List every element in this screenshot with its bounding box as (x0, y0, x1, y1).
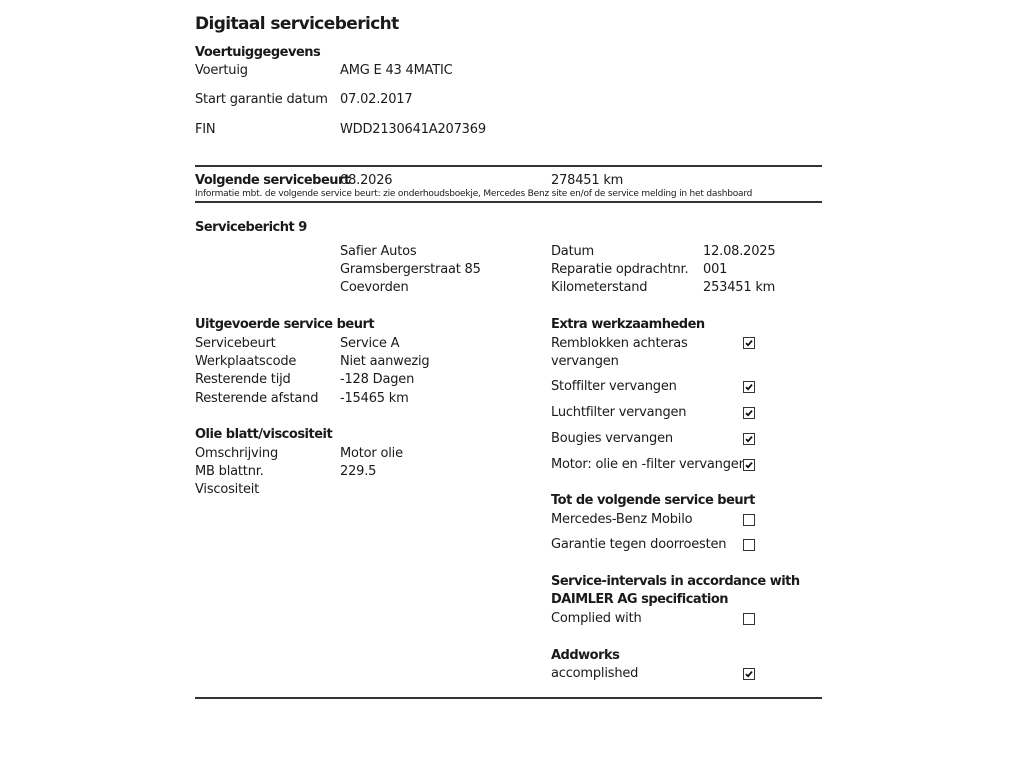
workshop-code-label: Werkplaatscode (195, 354, 296, 370)
extra-item-label-cont: vervangen (551, 354, 619, 370)
checkmark-icon (745, 339, 753, 347)
service-type-value: Service A (340, 336, 399, 352)
vehicle-heading: Voertuiggegevens (195, 45, 320, 61)
extra-heading: Extra werkzaamheden (551, 317, 705, 333)
checkbox-accomplished[interactable] (743, 668, 755, 680)
oil-heading: Olie blatt/viscositeit (195, 427, 332, 443)
checkbox-spark-plugs[interactable] (743, 433, 755, 445)
checkbox-mobilo[interactable] (743, 514, 755, 526)
extra-item-label: Motor: olie en -filter vervangen (551, 457, 747, 473)
extra-item-label: Stoffilter vervangen (551, 379, 677, 395)
oil-sheet-value: 229.5 (340, 464, 376, 480)
dealer-name: Safier Autos (340, 244, 416, 260)
service-type-label: Servicebeurt (195, 336, 276, 352)
date-value: 12.08.2025 (703, 244, 775, 260)
extra-item-label: Bougies vervangen (551, 431, 673, 447)
divider-top (195, 165, 822, 167)
checkmark-icon (745, 461, 753, 469)
remaining-time-label: Resterende tijd (195, 372, 291, 388)
vehicle-value: AMG E 43 4MATIC (340, 63, 453, 79)
mileage-value: 253451 km (703, 280, 775, 296)
checkmark-icon (745, 409, 753, 417)
extra-item-label: Remblokken achteras (551, 336, 688, 352)
report-heading: Servicebericht 9 (195, 220, 307, 236)
next-service-km: 278451 km (551, 173, 623, 189)
addworks-heading: Addworks (551, 648, 619, 664)
warranty-start-value: 07.02.2017 (340, 92, 412, 108)
divider-bottom (195, 697, 822, 699)
next-service-date: 08.2026 (340, 173, 392, 189)
order-number-value: 001 (703, 262, 727, 278)
until-next-heading: Tot de volgende service beurt (551, 493, 755, 509)
performed-heading: Uitgevoerde service beurt (195, 317, 374, 333)
checkbox-engine-oil-filter[interactable] (743, 459, 755, 471)
next-service-info: Informatie mbt. de volgende service beur… (195, 189, 752, 200)
intervals-heading-cont: DAIMLER AG specification (551, 592, 728, 608)
checkbox-rear-brake-pads[interactable] (743, 337, 755, 349)
divider-mid (195, 201, 822, 203)
checkmark-icon (745, 670, 753, 678)
dealer-street: Gramsbergerstraat 85 (340, 262, 481, 278)
workshop-code-value: Niet aanwezig (340, 354, 429, 370)
checkbox-complied-with[interactable] (743, 613, 755, 625)
checkmark-icon (745, 383, 753, 391)
order-number-label: Reparatie opdrachtnr. (551, 262, 688, 278)
vehicle-label: Voertuig (195, 63, 248, 79)
oil-description-value: Motor olie (340, 446, 403, 462)
date-label: Datum (551, 244, 594, 260)
until-next-item-label: Garantie tegen doorroesten (551, 537, 726, 553)
extra-item-label: Luchtfilter vervangen (551, 405, 686, 421)
checkbox-air-filter[interactable] (743, 407, 755, 419)
warranty-start-label: Start garantie datum (195, 92, 328, 108)
intervals-item-label: Complied with (551, 611, 642, 627)
next-service-label: Volgende servicebeurt (195, 173, 350, 189)
viscosity-label: Viscositeit (195, 482, 259, 498)
oil-description-label: Omschrijving (195, 446, 278, 462)
until-next-item-label: Mercedes-Benz Mobilo (551, 512, 692, 528)
remaining-distance-label: Resterende afstand (195, 391, 318, 407)
intervals-heading: Service-intervals in accordance with (551, 574, 800, 590)
remaining-time-value: -128 Dagen (340, 372, 414, 388)
mileage-label: Kilometerstand (551, 280, 647, 296)
remaining-distance-value: -15465 km (340, 391, 409, 407)
checkbox-rust-warranty[interactable] (743, 539, 755, 551)
page-title: Digitaal servicebericht (195, 14, 399, 34)
dealer-city: Coevorden (340, 280, 408, 296)
oil-sheet-label: MB blattnr. (195, 464, 264, 480)
fin-label: FIN (195, 122, 215, 138)
checkbox-dust-filter[interactable] (743, 381, 755, 393)
checkmark-icon (745, 435, 753, 443)
fin-value: WDD2130641A207369 (340, 122, 486, 138)
addworks-item-label: accomplished (551, 666, 638, 682)
